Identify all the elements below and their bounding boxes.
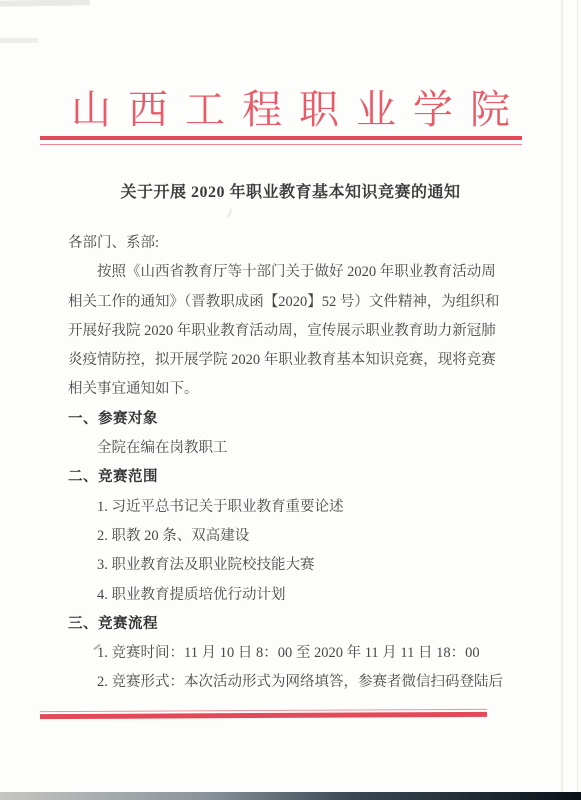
intro-paragraph-line: 按照《山西省教育厅等十部门关于做好 2020 年职业教育活动周 xyxy=(68,258,528,287)
section-heading-process: 三、竞赛流程 xyxy=(68,610,528,639)
intro-paragraph-line: 开展好我院 2020 年职业教育活动周，宣传展示职业教育助力新冠肺 xyxy=(68,317,528,346)
section-item: 3. 职业教育法及职业院校技能大赛 xyxy=(68,551,528,580)
footer-rule-thick xyxy=(40,712,487,719)
scan-smudge-faint-mark xyxy=(223,207,232,218)
section-heading-participants: 一、参赛对象 xyxy=(68,405,528,434)
letterhead-rule-thin xyxy=(40,144,522,145)
intro-paragraph-line: 相关工作的通知》（晋教职成函【2020】52 号）文件精神，为组织和 xyxy=(68,288,528,317)
notice-body: 各部门、系部: 按照《山西省教育厅等十部门关于做好 2020 年职业教育活动周 … xyxy=(68,229,528,698)
intro-paragraph-line: 炎疫情防控，拟开展学院 2020 年职业教育基本知识竞赛，现将竞赛 xyxy=(68,346,528,375)
letterhead-institution-name: 山西工程职业学院 xyxy=(0,78,581,135)
intro-paragraph-line: 相关事宜通知如下。 xyxy=(68,375,528,404)
section-item: 2. 竞赛形式：本次活动形式为网络填答，参赛者微信扫码登陆后 xyxy=(68,668,528,697)
scanned-notice-page: 山西工程职业学院 关于开展 2020 年职业教育基本知识竞赛的通知 各部门、系部… xyxy=(0,0,581,800)
section-heading-scope: 二、竞赛范围 xyxy=(68,463,528,492)
scan-smudge-top-left-2 xyxy=(0,38,38,43)
section-item: 2. 职教 20 条、双高建设 xyxy=(68,522,528,551)
salutation: 各部门、系部: xyxy=(68,229,528,258)
section-item: 1. 习近平总书记关于职业教育重要论述 xyxy=(68,493,528,522)
section-item: 全院在编在岗教职工 xyxy=(68,434,528,463)
scan-edge-bottom xyxy=(0,792,581,800)
letterhead-rule-thick xyxy=(40,136,522,140)
section-item: 1. 竞赛时间：11 月 10 日 8：00 至 2020 年 11 月 11 … xyxy=(68,639,528,668)
notice-title: 关于开展 2020 年职业教育基本知识竞赛的通知 xyxy=(0,179,581,202)
section-item: 4. 职业教育提质培优行动计划 xyxy=(68,581,528,610)
scan-smudge-top-left xyxy=(0,0,90,7)
